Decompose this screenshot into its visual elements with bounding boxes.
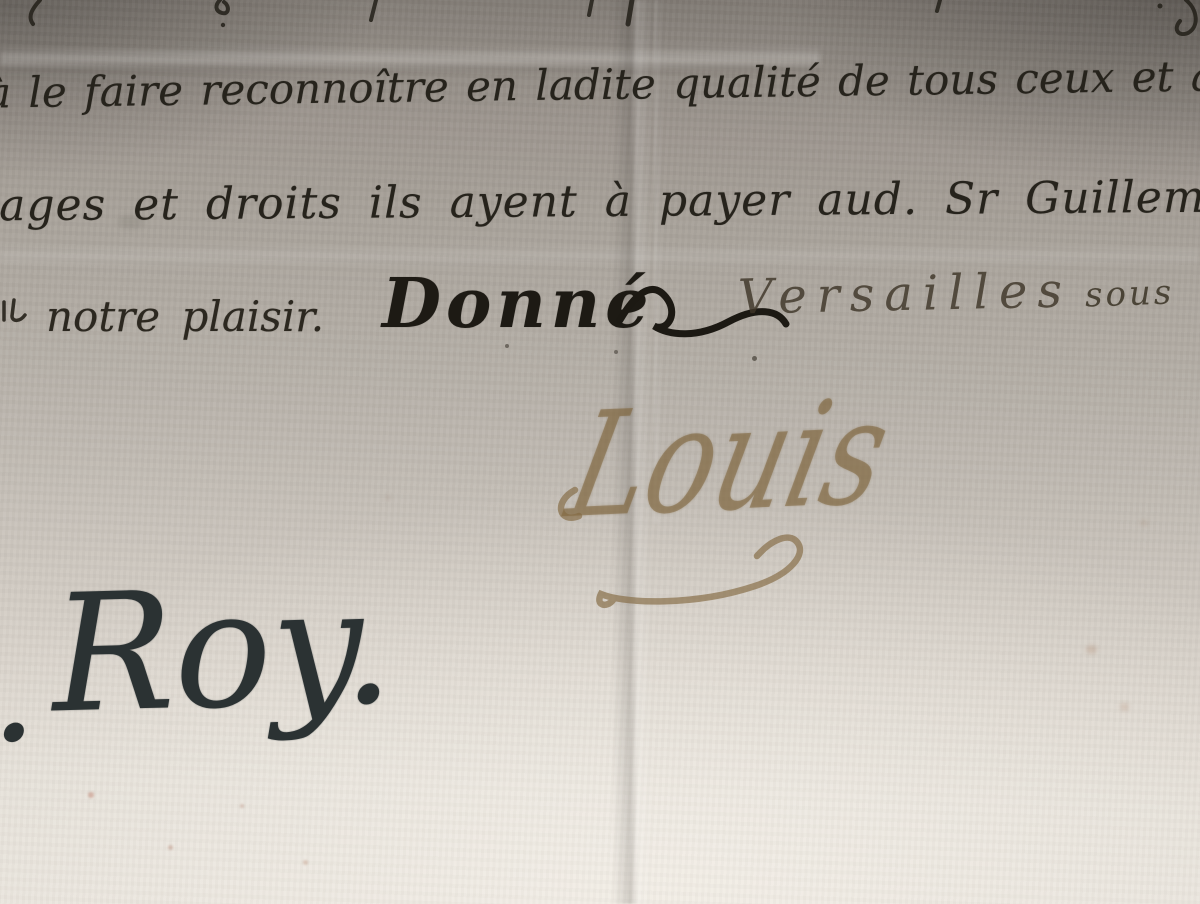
manuscript-line-2: gages et droits ils ayent à payer aud. S… — [0, 172, 1200, 232]
fox-spot — [88, 792, 94, 798]
fox-spot — [240, 804, 244, 808]
ink-speck — [505, 344, 509, 348]
manuscript-word-versailles: Versailles — [737, 263, 1072, 326]
fox-spot — [385, 495, 391, 500]
top-edge-text-fragments — [0, 0, 1200, 36]
fox-spot — [1140, 520, 1148, 526]
line3-left-edge-fragment — [0, 296, 30, 330]
royal-signature: Louis — [558, 380, 901, 539]
fox-spot — [168, 845, 173, 850]
roy-calligraphy: Roy. — [50, 566, 395, 737]
fox-spot — [303, 860, 308, 865]
roy-preceding-period: . — [0, 614, 38, 764]
manuscript-line-3-prefix: notre plaisir. — [46, 292, 324, 341]
fox-spot — [1086, 645, 1097, 654]
manuscript-word-sous: sous — [1084, 272, 1175, 315]
fox-spot — [1120, 703, 1129, 711]
document-photo: à le faire reconnoître en ladite qualité… — [0, 0, 1200, 904]
ink-speck — [752, 356, 757, 361]
manuscript-word-donne: Donné — [382, 264, 653, 344]
